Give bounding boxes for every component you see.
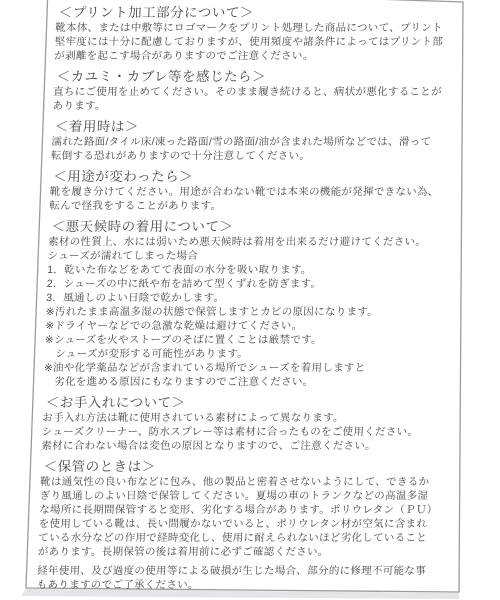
section: ＜お手入れについて＞お手入れ方法は靴に使用されている素材によって異なります。シュ… <box>41 394 445 453</box>
text-line: 2．シューズの中に紙や布を詰めて型くずれを防ぎます。 <box>46 277 448 291</box>
text-line: もありますのでご了承ください。 <box>36 578 438 592</box>
section: ＜悪天候時の着用について＞素材の性質上、水には弱いため悪天候時は着用を出来るだけ… <box>43 218 451 389</box>
section: ＜保管のときは＞靴は通気性の良い布などに包み、他の製品と密着させないようにして、… <box>38 458 443 559</box>
text-line: シューズクリーナー、防水スプレー等は素材に合ったものをご使用ください。 <box>42 425 444 439</box>
section-heading: ＜お手入れについて＞ <box>42 394 445 411</box>
section-heading: ＜悪天候時の着用について＞ <box>48 218 451 235</box>
scanned-care-instructions-page: ＜プリント加工部分について＞靴本体、または中敷等にロゴマークをプリント処理した商… <box>0 0 500 600</box>
document-text: ＜プリント加工部分について＞靴本体、または中敷等にロゴマークをプリント処理した商… <box>36 4 458 592</box>
text-line: 靴本体、または中敷等にロゴマークをプリント処理した商品について、プリント <box>55 21 457 35</box>
text-line: 3．風通しのよい日陰で乾かします。 <box>46 291 448 305</box>
text-line: な場所に長期間保管すると変形、劣化する場合があります。ポリウレタン（ＰＵ） <box>39 503 441 517</box>
section: ＜カユミ・カブレ等を感じたら＞直ちにご使用を止めてください。そのまま履き続けると… <box>52 68 455 113</box>
section-heading: ＜着用時は＞ <box>52 118 455 135</box>
text-line: ※シューズを火やストーブのそばに置くことは厳禁です。 <box>45 333 447 347</box>
text-line: 濡れた路面/タイル床/凍った路面/雪の路面/油が含まれた場所などでは、滑って <box>51 135 453 149</box>
text-line: 素材の性質上、水には弱いため悪天候時は着用を出来るだけ避けてください。 <box>48 235 450 249</box>
text-line: ※油や化学薬品などが含まれている場所でシューズを着用しますと <box>44 361 446 375</box>
text-line: 転倒する恐れがありますので十分注意してください。 <box>51 149 453 163</box>
text-line: 経年使用、及び過度の使用等による破損が生じた場合、部分的に修理不可能な事 <box>37 564 439 578</box>
text-line: シューズが変形する可能性があります。 <box>44 347 446 361</box>
section-heading: ＜プリント加工部分について＞ <box>55 4 458 21</box>
text-line: 直ちにご使用を止めてください。そのまま履き続けると、病状が悪化することが <box>53 85 455 99</box>
section: ＜用途が変わったら＞靴を履き分けてください。用途が合わない靴では本来の機能が発揮… <box>49 168 452 213</box>
text-line: あります。 <box>52 99 454 113</box>
text-line: 素材に合わない場合は変色の原因となりますので、ご注意ください。 <box>41 439 443 453</box>
section: 経年使用、及び過度の使用等による破損が生じた場合、部分的に修理不可能な事もありま… <box>36 564 439 592</box>
text-line: ぎり風通しのよい日陰で保管してください。夏場の車のトランクなどの高温多湿 <box>39 489 441 503</box>
text-line: 堅牢度には十分に配慮しておりますが、使用頻度や諸条件によってはプリント部 <box>55 35 457 49</box>
text-line: があります。長期保管の後は着用前に必ずご確認ください。 <box>38 545 440 559</box>
text-line: が剥離を起こす場合がありますのでご注意ください。 <box>54 49 456 63</box>
text-line: ている水分などの作用で経時変化し、使用に耐えられないほど劣化していること <box>38 531 440 545</box>
text-line: 転んで怪我をすることがあります。 <box>49 199 451 213</box>
text-line: 1．乾いた布などをあてて表面の水分を吸い取ります。 <box>47 263 449 277</box>
text-line: ※ドライヤーなどでの急激な乾燥は避けてください。 <box>45 319 447 333</box>
text-line: 靴は通気性の良い布などに包み、他の製品と密着させないようにして、できるか <box>40 475 442 489</box>
text-line: 靴を履き分けてください。用途が合わない靴では本来の機能が発揮できない為、 <box>50 185 452 199</box>
section: ＜プリント加工部分について＞靴本体、または中敷等にロゴマークをプリント処理した商… <box>54 4 458 63</box>
text-line: 劣化を進める原因にもなりますのでご注意ください。 <box>43 375 445 389</box>
text-line: を使用している靴は、長い間履かないでいると、ポリウレタン材が空気に含まれ <box>39 517 441 531</box>
section: ＜着用時は＞濡れた路面/タイル床/凍った路面/雪の路面/油が含まれた場所などでは… <box>51 118 454 163</box>
text-line: シューズが濡れてしまった場合 <box>47 249 449 263</box>
section-heading: ＜カユミ・カブレ等を感じたら＞ <box>53 68 456 85</box>
section-heading: ＜保管のときは＞ <box>40 458 443 475</box>
section-heading: ＜用途が変わったら＞ <box>50 168 453 185</box>
text-line: お手入れ方法は靴に使用されている素材によって異なります。 <box>42 411 444 425</box>
text-line: ※汚れたまま高温多湿の状態で保管しますとカビの原因になります。 <box>46 305 448 319</box>
